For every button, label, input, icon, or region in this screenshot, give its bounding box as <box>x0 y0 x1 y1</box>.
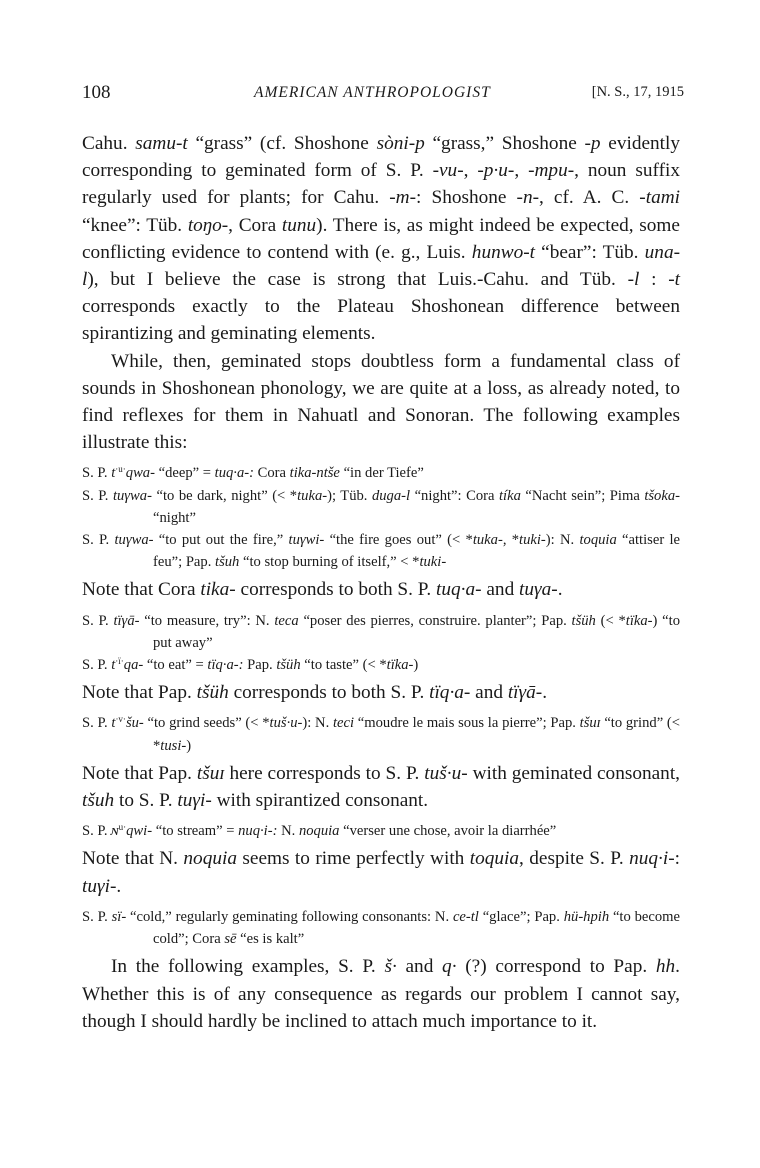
example-entry: S. P. t·ï·qa- “to eat” = tïq·a-: Pap. tš… <box>82 654 680 676</box>
example-list: S. P. ɴu·qwi- “to stream” = nuq·i-: N. n… <box>82 820 680 842</box>
example-list: S. P. sï- “cold,” regularly geminating f… <box>82 906 680 950</box>
example-entry: S. P. tuγwa- “to be dark, night” (< *tuk… <box>82 485 680 529</box>
example-entry: S. P. t·v·šu- “to grind seeds” (< *tuš·u… <box>82 712 680 756</box>
example-list: S. P. t·v·šu- “to grind seeds” (< *tuš·u… <box>82 712 680 756</box>
document-page: 108 AMERICAN ANTHROPOLOGIST [N. S., 17, … <box>82 82 680 1035</box>
note-line: Note that Cora tika- corresponds to both… <box>82 576 680 603</box>
page-number: 108 <box>82 82 111 104</box>
paragraph: Cahu. samu-t “grass” (cf. Shoshone sòni-… <box>82 130 680 348</box>
example-entry: S. P. t·u·qwa- “deep” = tuq·a-: Cora tik… <box>82 462 680 484</box>
paragraph: In the following examples, S. P. š· and … <box>82 953 680 1035</box>
note-line: Note that Pap. tšüh corresponds to both … <box>82 679 680 706</box>
example-entry: S. P. tuγwa- “to put out the fire,” tuγw… <box>82 529 680 573</box>
volume-info: [N. S., 17, 1915 <box>592 84 684 101</box>
running-title: AMERICAN ANTHROPOLOGIST <box>254 84 491 102</box>
example-entry: S. P. sï- “cold,” regularly geminating f… <box>82 906 680 950</box>
example-entry: S. P. ɴu·qwi- “to stream” = nuq·i-: N. n… <box>82 820 680 842</box>
paragraph: While, then, geminated stops doubtless f… <box>82 348 680 457</box>
example-entry: S. P. tïγā- “to measure, try”: N. teca “… <box>82 610 680 654</box>
running-header: 108 AMERICAN ANTHROPOLOGIST [N. S., 17, … <box>82 82 680 104</box>
body-text: Cahu. samu-t “grass” (cf. Shoshone sòni-… <box>82 130 680 1035</box>
example-list: S. P. tïγā- “to measure, try”: N. teca “… <box>82 610 680 677</box>
note-paragraph: Note that N. noquia seems to rime perfec… <box>82 845 680 899</box>
example-list: S. P. t·u·qwa- “deep” = tuq·a-: Cora tik… <box>82 462 680 573</box>
note-paragraph: Note that Pap. tšuɪ here corresponds to … <box>82 760 680 814</box>
